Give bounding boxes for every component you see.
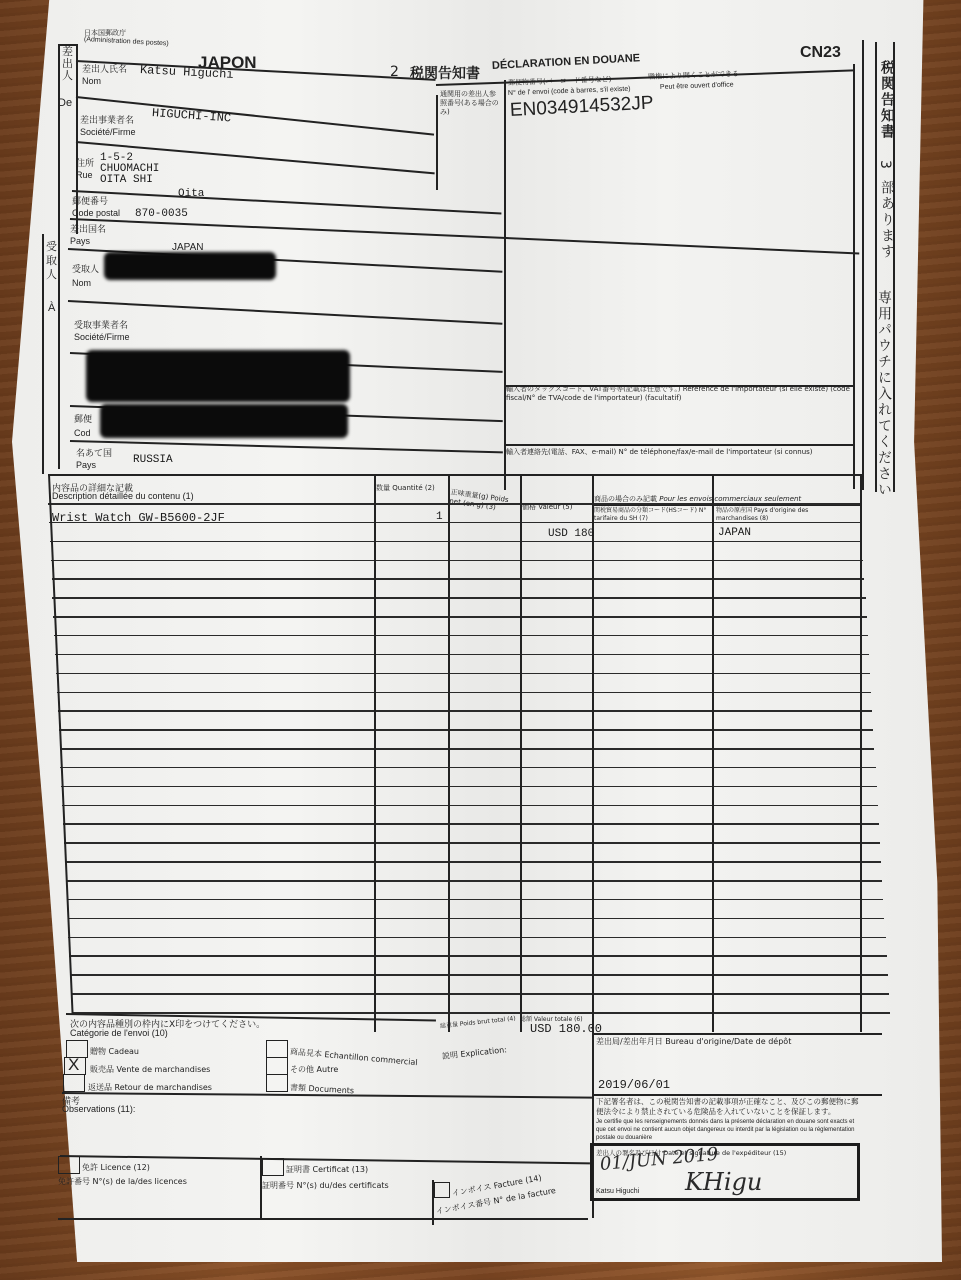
table-row-line [48,503,860,505]
side-note-line2: 部あります [877,180,897,260]
table-row-line [68,918,885,920]
table-row-line [56,673,870,675]
table-row-line [51,560,864,562]
recipient-postal-label-jp: 郵便 [74,412,92,425]
recipient-section-jp: 受取人 [46,240,58,282]
hs-code-header: 関税貿易商品の分類コード(HSコード) N° tarifaire du SH (… [594,507,710,523]
category-label-return: 返送品 Retour de marchandises [88,1082,212,1093]
col-divider [436,95,438,190]
table-row-line [67,899,884,901]
sender-address-label-fr: Rue [76,170,93,180]
side-note-line1: 税関告知書 [877,60,897,140]
recipient-address-redacted [86,350,350,402]
quantity-header: 数量 Quantité (2) [376,483,435,493]
licence-checkbox[interactable] [58,1156,80,1174]
certification-text-fr: Je certifie que les renseignements donné… [596,1118,864,1142]
form-bottom-line [58,1218,588,1220]
table-row-line [54,635,868,637]
signer-name: Katsu Higuchi [596,1188,639,1195]
table-row-line [50,541,862,543]
importer-reference-label: 輸入者のタックスコード、VAT番号等(記載は任意です。) Référence d… [506,385,851,403]
sender-postal-label-fr: Code postal [72,208,120,218]
sender-country-label-jp: 差出国名 [70,222,106,235]
sender-postal-value: 870-0035 [135,208,188,220]
category-checkbox-return[interactable] [63,1074,85,1092]
table-column-line [860,474,862,1032]
recipient-section-fr: À [48,302,55,314]
certificate-label: 証明書 Certificat (13) [286,1164,368,1175]
table-column-line [592,474,594,1032]
table-row-line [65,861,881,863]
table-row-line [58,710,872,712]
origin-office-label: 差出局/差出年月日 Bureau d'origine/Date de dépôt [596,1036,791,1047]
table-row-line [53,616,866,618]
row-divider [592,505,860,506]
certificate-checkbox[interactable] [262,1158,284,1176]
sender-company-label-fr: Société/Firme [80,127,136,137]
table-row-line [66,880,882,882]
table-top-line [48,474,860,476]
category-check-mark: X [68,1055,79,1075]
table-row-line [59,729,874,731]
sender-postal-label-jp: 郵便番号 [72,194,108,207]
sender-company-label-jp: 差出事業者名 [80,113,134,126]
recipient-postal-redacted [100,404,348,438]
recipient-company-label-fr: Société/Firme [74,332,130,342]
category-checkbox-other[interactable] [266,1057,288,1075]
table-row-line [72,1012,890,1014]
certification-text-jp: 下記署名者は、この税関告知書の記載事項が正確なこと、及びこの郵便物に郵便法令によ… [596,1097,864,1117]
recipient-company-label-jp: 受取事業者名 [74,318,128,331]
table-row-line [60,748,875,750]
sender-name-label-fr: Nom [82,76,101,86]
commercial-header-fr: Pour les envois commerciaux seulement [659,495,801,503]
licence-number-label: 免許番号 N°(s) de la/des licences [58,1176,187,1187]
category-label-sale: 販売品 Vente de marchandises [90,1064,210,1075]
table-row-line [55,654,869,656]
recipient-name-label-fr: Nom [72,278,91,288]
table-row-line [71,993,889,995]
category-checkbox-documents[interactable] [266,1074,288,1092]
observations-label-fr: Observations (11): [62,1104,135,1114]
recipient-name-redacted [104,252,276,280]
sender-address-label-jp: 住所 [76,156,94,169]
category-label-other: その他 Autre [290,1064,338,1075]
signature: KHigu [685,1168,762,1196]
row-divider [592,1094,882,1096]
table-column-line [374,474,376,1032]
item-origin: JAPAN [718,527,751,539]
side-note-line3: 専用パウチに入れてください [874,290,894,498]
table-column-line [520,474,522,1032]
table-row-line [62,805,878,807]
sender-reference-label: 通関用の差出人参照番号(ある場合のみ) [440,90,502,117]
certificate-number-label: 証明番号 N°(s) du/des certificats [262,1180,389,1191]
recipient-postal-label-fr: Cod [74,428,91,438]
table-row-line [52,578,865,580]
importer-contact-label: 輸入者連絡先(電話、FAX、e-mail) N° de téléphone/fa… [506,447,813,457]
table-row-line [61,786,876,788]
item-value: USD 180 [548,528,594,540]
commercial-header-jp: 商品の場合のみ記載 [594,495,657,503]
category-label-gift: 贈物 Cadeau [90,1046,139,1057]
form-code: CN23 [800,44,841,62]
item-quantity: 1 [436,511,443,523]
sender-address-line-3: OITA SHI [100,174,153,186]
table-row-line [63,823,879,825]
side-note-count: 3 [877,160,893,171]
recipient-country-value: RUSSIA [133,454,173,466]
recipient-country-label-fr: Pays [76,460,96,470]
table-row-line [64,842,880,844]
table-column-line [448,474,450,1032]
table-row-line [57,692,871,694]
sender-section-jp: 差出人 [62,46,74,82]
recipient-name-label-jp: 受取人 [72,262,99,275]
category-checkbox-sample[interactable] [266,1040,288,1058]
table-row-line [60,767,875,769]
origin-header: 物品の原産国 Pays d'origine des marchandises (… [716,507,846,523]
row-divider [504,444,854,446]
description-header-fr: Description détaillée du contenu (1) [52,491,194,501]
sender-section-fr: De [58,97,72,109]
table-column-line [712,474,714,1032]
col-divider [504,80,506,490]
table-row-line [68,937,885,939]
table-row-line [69,955,886,957]
recipient-country-label-jp: 名あて国 [76,446,112,459]
table-row-line [70,974,888,976]
sender-name-label-jp: 差出人氏名 [82,62,127,75]
form-title-jp: 税関告知書 [410,63,480,83]
item-description: Wrist Watch GW-B5600-2JF [52,511,225,525]
table-row-line [52,597,865,599]
frame-right-line [853,64,855,489]
frame-left-line [42,234,44,474]
invoice-checkbox[interactable] [434,1182,450,1198]
row-divider [592,1033,882,1035]
category-instruction-fr: Catégorie de l'envoi (10) [70,1028,168,1038]
sender-country-label-fr: Pays [70,236,90,246]
frame-right-outer [862,40,864,490]
origin-office-date: 2019/06/01 [598,1078,670,1092]
licence-label: 免許 Licence (12) [82,1162,150,1173]
